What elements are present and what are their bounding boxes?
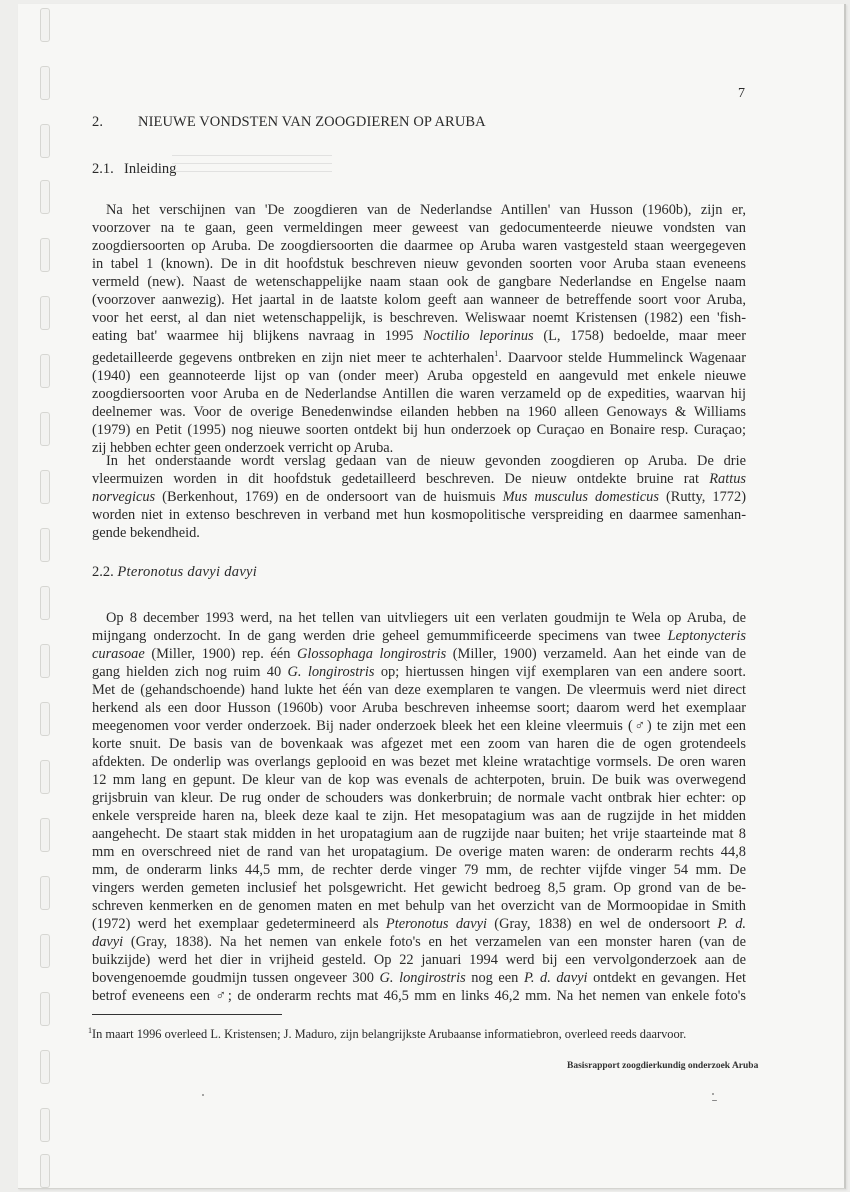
binding-hole (40, 1154, 50, 1188)
binding-hole (40, 238, 50, 272)
text-line: deelnemer was. Voor de overige Benedenwi… (92, 403, 746, 421)
binding-hole (40, 412, 50, 446)
section-number: 2.1. (92, 161, 124, 178)
binding-hole (40, 818, 50, 852)
text-line: bovengenoemde goudmijn tussen ongeveer 3… (92, 969, 746, 987)
section-title: Pteronotus davyi davyi (117, 564, 257, 580)
text-line: mm en overschreed niet de rand van het u… (92, 843, 746, 861)
text-line: In het onderstaande wordt verslag gedaan… (92, 452, 746, 470)
text-line: afdekten. De onderlip was overlangs gepl… (92, 753, 746, 771)
binding-hole (40, 1050, 50, 1084)
binding-hole (40, 586, 50, 620)
text-line: 12 mm lang en gepunt. De kleur van de ko… (92, 771, 746, 789)
section-heading-pteronotus: 2.2. Pteronotus davyi davyi (92, 564, 257, 581)
text-line: (1979) en Petit (1995) nog nieuwe soorte… (92, 421, 746, 439)
text-line: norvegicus (Berkenhout, 1769) en de onde… (92, 488, 746, 506)
text-line: worden niet in extenso beschreven in ver… (92, 506, 746, 524)
paragraph-intro-2: In het onderstaande wordt verslag gedaan… (92, 452, 746, 542)
text-line: grijsbruin van kleur. De rug onder de sc… (92, 789, 746, 807)
binding-hole (40, 760, 50, 794)
text-line: voor het eerst, al dan niet wetenschappe… (92, 309, 746, 327)
chapter-heading: 2.NIEUWE VONDSTEN VAN ZOOGDIEREN OP ARUB… (92, 114, 486, 131)
binding-hole (40, 354, 50, 388)
text-line: davyi (Gray, 1838). Na het nemen van enk… (92, 933, 746, 951)
text-line: voorzover na te gaan, geen vermeldingen … (92, 219, 746, 237)
section-heading-inleiding: 2.1.Inleiding (92, 161, 176, 178)
text-line: (1972) werd het exemplaar gedetermineerd… (92, 915, 746, 933)
text-line: betrof eveneens een ♂; de onderarm recht… (92, 987, 746, 1005)
text-line: (voorzover aanwezig). Het jaartal in de … (92, 291, 746, 309)
text-line: in tabel 1 (known). De in dit hoofdstuk … (92, 255, 746, 273)
text-line: herkend als een door Husson (1960b) voor… (92, 699, 746, 717)
binding-hole (40, 876, 50, 910)
binding-hole (40, 124, 50, 158)
chapter-number: 2. (92, 114, 138, 131)
binding-hole (40, 644, 50, 678)
text-line: gende bekendheid. (92, 524, 746, 542)
paragraph-intro-1: Na het verschijnen van 'De zoogdieren va… (92, 201, 746, 457)
chapter-title: NIEUWE VONDSTEN VAN ZOOGDIEREN OP ARUBA (138, 114, 486, 130)
text-line: Na het verschijnen van 'De zoogdieren va… (92, 201, 746, 219)
section-title: Inleiding (124, 161, 176, 177)
text-line: vleermuizen worden in dit hoofdstuk gede… (92, 470, 746, 488)
text-line: vingers werden gemeten inclusief het pol… (92, 879, 746, 897)
text-line: meegenomen voor verder onderzoek. Bij na… (92, 717, 746, 735)
paragraph-pteronotus: Op 8 december 1993 werd, na het tellen v… (92, 609, 746, 1005)
text-line: gedetailleerde gegevens ontbreken en zij… (92, 345, 746, 367)
binding-hole (40, 296, 50, 330)
scan-speck (202, 1094, 204, 1096)
binding-hole (40, 470, 50, 504)
binding-hole (40, 934, 50, 968)
text-line: korte snuit. De basis van de bovenkaak w… (92, 735, 746, 753)
text-line: zoogdiersoorten op Aruba. De zoogdiersoo… (92, 237, 746, 255)
footnote: 1In maart 1996 overleed L. Kristensen; J… (88, 1026, 686, 1042)
text-line: mm, de onderarm links 44,5 mm, de rechte… (92, 861, 746, 879)
binding-hole (40, 180, 50, 214)
scan-speck (712, 1093, 714, 1095)
footnote-separator (92, 1014, 282, 1015)
text-line: eating bat' waarmee hij blijkens navraag… (92, 327, 746, 345)
scan-speck (712, 1100, 717, 1101)
text-line: zoogdiersoorten voor Aruba en de Nederla… (92, 385, 746, 403)
text-line: vermeld (new). Naast de wetenschappelijk… (92, 273, 746, 291)
binding-hole (40, 702, 50, 736)
binding-hole (40, 528, 50, 562)
binding-hole (40, 8, 50, 42)
text-line: Op 8 december 1993 werd, na het tellen v… (92, 609, 746, 627)
text-line: enkele verspreide haren na, bleek deze k… (92, 807, 746, 825)
document-page (18, 4, 846, 1189)
text-line: mijngang onderzocht. In de gang werden d… (92, 627, 746, 645)
page-number: 7 (738, 86, 745, 102)
text-line: aangehecht. De staart stak midden in het… (92, 825, 746, 843)
text-line: schreven kenmerken en de genomen maten e… (92, 897, 746, 915)
text-line: curasoae (Miller, 1900) rep. één Glossop… (92, 645, 746, 663)
text-line: buikzijde) werd het dier in vrijheid ges… (92, 951, 746, 969)
bleed-through-marks (172, 155, 332, 189)
binding-hole (40, 1108, 50, 1142)
text-line: Met de (gehandschoende) hand lukte het é… (92, 681, 746, 699)
footnote-text: In maart 1996 overleed L. Kristensen; J.… (92, 1027, 686, 1041)
binding-hole (40, 992, 50, 1026)
text-line: gang hielden zich nog ruim 40 G. longiro… (92, 663, 746, 681)
section-number: 2.2. (92, 564, 114, 580)
binding-hole (40, 66, 50, 100)
running-footer: Basisrapport zoogdierkundig onderzoek Ar… (567, 1061, 758, 1071)
text-line: (1940) een geannoteerde lijst op van (on… (92, 367, 746, 385)
